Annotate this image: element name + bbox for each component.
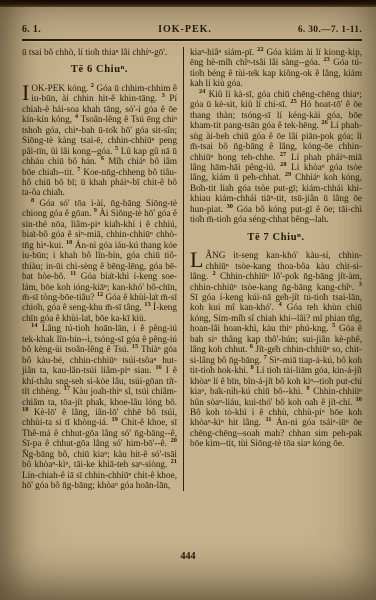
continuation-paragraph: ū tsai bô chhò, lí tio̍h thiaⁿ lâi chhíⁿ… — [22, 47, 177, 57]
verse-text: OK-PEK kóng. 2 Góa ū chhim-chhim ê iu-bū… — [22, 83, 177, 198]
verse-text: kiaⁿ-hiâⁿ siám-pī. 22 Góa kiám ài lí kio… — [190, 47, 362, 88]
verse-paragraph: LÂNG it-seng kan-khó' kàu-sí, chhin-chhi… — [190, 250, 362, 449]
verse-text: 14 Lâng tú-tio̍h hoān-lān, i ê pêng-iú t… — [22, 323, 177, 490]
header-book-title: IOK-PEK. — [112, 24, 258, 35]
drop-cap: I — [22, 83, 31, 102]
chapter-heading-6: Tē 6 Chiuⁿ. — [22, 65, 177, 75]
paper-page: 6. 1. IOK-PEK. 6. 30.—7. 1-11. ū tsai bô… — [0, 0, 376, 600]
verse-text: 8 Góa só' tōa ì-ài, n̄g-bāng Siōng-tè ch… — [22, 198, 177, 323]
continuation-paragraph: kiaⁿ-hiâⁿ siám-pī. 22 Góa kiám ài lí kio… — [190, 47, 362, 89]
running-header: 6. 1. IOK-PEK. 6. 30.—7. 1-11. — [22, 24, 362, 35]
header-verse-locator-left: 6. 1. — [22, 24, 112, 35]
drop-cap: L — [190, 250, 205, 269]
text-columns: ū tsai bô chhò, lí tio̍h thiaⁿ lâi chhíⁿ… — [22, 47, 362, 491]
verse-paragraph: 14 Lâng tú-tio̍h hoān-lān, i ê pêng-iú t… — [22, 323, 177, 490]
column-divider-rule — [183, 47, 184, 491]
left-column: ū tsai bô chhò, lí tio̍h thiaⁿ lâi chhíⁿ… — [22, 47, 177, 491]
book-page-scan: 6. 1. IOK-PEK. 6. 30.—7. 1-11. ū tsai bô… — [0, 0, 376, 600]
verse-paragraph: IOK-PEK kóng. 2 Góa ū chhim-chhim ê iu-b… — [22, 83, 177, 198]
verse-text: 24 Kiû lí kà-sī, góa chiū chēng-chēng th… — [190, 89, 362, 224]
right-column: kiaⁿ-hiâⁿ siám-pī. 22 Góa kiám ài lí kio… — [190, 47, 362, 491]
scan-dark-edge — [0, 0, 376, 7]
verse-paragraph: 8 Góa só' tōa ì-ài, n̄g-bāng Siōng-tè ch… — [22, 198, 177, 323]
verse-paragraph: 24 Kiû lí kà-sī, góa chiū chēng-chēng th… — [190, 89, 362, 225]
header-rule — [22, 39, 362, 41]
page-number: 444 — [0, 551, 376, 562]
verse-text: ÂNG it-seng kan-khó' kàu-sí, chhin-chhiū… — [190, 250, 362, 448]
verse-text: ū tsai bô chhò, lí tio̍h thiaⁿ lâi chhíⁿ… — [22, 47, 167, 57]
header-verse-locator-right: 6. 30.—7. 1-11. — [258, 25, 362, 35]
chapter-heading-7: Tē 7 Chiuⁿ. — [190, 233, 362, 243]
